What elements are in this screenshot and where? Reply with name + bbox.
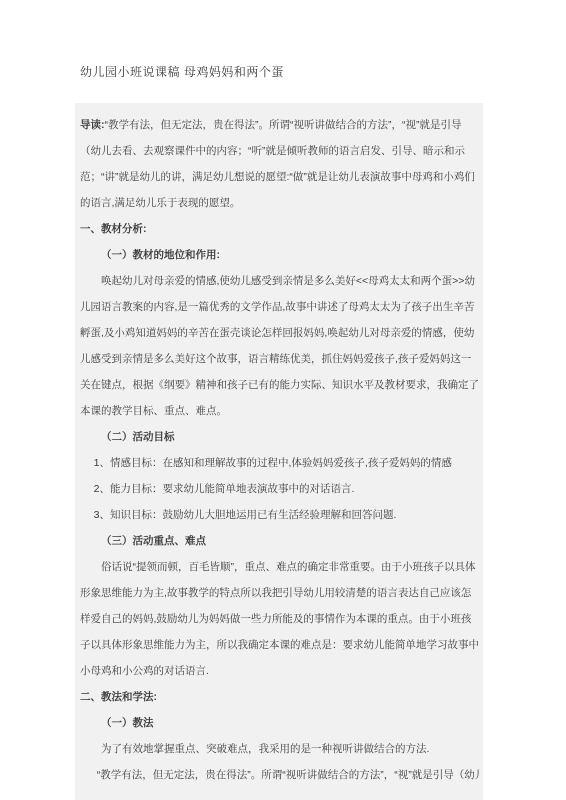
key-points-paragraph: 俗话说“提领而顿，百毛皆顺”，重点、难点的确定非常重要。由于小班孩子以具体形象思… [80, 554, 480, 684]
section-1-heading: 一、教材分析: [80, 216, 480, 242]
objective-item-emotion: 1、情感目标：在感知和理解故事的过程中,体验妈妈爱孩子,孩子爱妈妈的情感 [80, 450, 480, 476]
lead-text: “教学有法，但无定法，贵在得法”。所谓“视听讲做结合的方法”，“视”就是引导（幼… [80, 119, 475, 209]
section-2-sub-1-heading: （一）教法 [80, 710, 480, 736]
objective-item-ability: 2、能力目标：要求幼儿能简单地表演故事中的对话语言. [80, 476, 480, 502]
material-analysis-paragraph: 唤起幼儿对母亲爱的情感,使幼儿感受到亲情是多么美好<<母鸡太太和两个蛋>>幼儿园… [80, 268, 480, 424]
teaching-method-paragraph-truncated: “教学有法，但无定法，贵在得法”。所谓“视听讲做结合的方法”，“视”就是引导（幼… [80, 762, 480, 788]
objective-item-knowledge: 3、知识目标：鼓励幼儿大胆地运用已有生活经验理解和回答问题. [80, 502, 480, 528]
section-1-sub-1-heading: （一）教材的地位和作用: [80, 242, 480, 268]
lead-paragraph: 导读:“教学有法，但无定法，贵在得法”。所谓“视听讲做结合的方法”，“视”就是引… [80, 112, 480, 216]
document-page: 幼儿园小班说课稿 母鸡妈妈和两个蛋 导读:“教学有法，但无定法，贵在得法”。所谓… [0, 0, 566, 800]
page-title: 幼儿园小班说课稿 母鸡妈妈和两个蛋 [80, 63, 284, 80]
content-block: 导读:“教学有法，但无定法，贵在得法”。所谓“视听讲做结合的方法”，“视”就是引… [75, 103, 483, 800]
lead-label: 导读: [80, 119, 105, 131]
teaching-method-paragraph: 为了有效地掌握重点、突破难点，我采用的是一种视听讲做结合的方法. [80, 736, 480, 762]
section-2-heading: 二、教法和学法: [80, 684, 480, 710]
section-1-sub-3-heading: （三）活动重点、难点 [80, 528, 480, 554]
section-1-sub-2-heading: （二）活动目标 [80, 424, 480, 450]
